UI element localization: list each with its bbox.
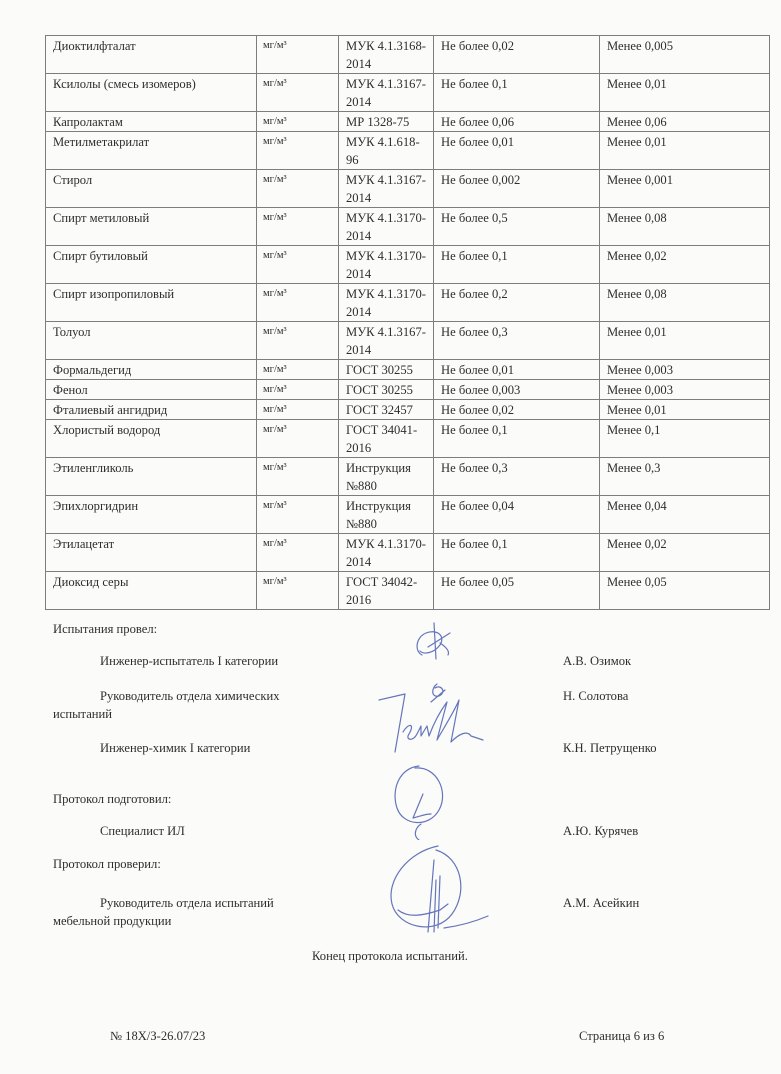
table-row: Спирт бутиловый мг/м³ МУК 4.1.3170-2014 … <box>46 246 770 284</box>
page-number: Страница 6 из 6 <box>579 1029 664 1044</box>
method-cell: ГОСТ 34042-2016 <box>339 572 434 610</box>
substance-cell: Стирол <box>46 170 257 208</box>
table-row: Ксилолы (смесь изомеров) мг/м³ МУК 4.1.3… <box>46 74 770 112</box>
result-cell: Менее 0,003 <box>600 360 770 380</box>
table-row: Этилацетат мг/м³ МУК 4.1.3170-2014 Не бо… <box>46 534 770 572</box>
substance-cell: Спирт метиловый <box>46 208 257 246</box>
method-cell: Инструкция №880 <box>339 458 434 496</box>
unit-cell: мг/м³ <box>257 400 339 420</box>
substance-cell: Ксилолы (смесь изомеров) <box>46 74 257 112</box>
unit-cell: мг/м³ <box>257 132 339 170</box>
checker-name: А.М. Асейкин <box>563 896 639 911</box>
end-of-protocol-note: Конец протокола испытаний. <box>312 949 468 964</box>
substance-cell: Спирт бутиловый <box>46 246 257 284</box>
unit-cell: мг/м³ <box>257 360 339 380</box>
prepared-by-label: Протокол подготовил: <box>53 792 171 807</box>
checker-position-line1: Руководитель отдела испытаний <box>100 896 274 911</box>
unit-cell: мг/м³ <box>257 322 339 360</box>
substance-cell: Этиленгликоль <box>46 458 257 496</box>
signature-ozimok-icon <box>410 615 470 665</box>
table-row: Этиленгликоль мг/м³ Инструкция №880 Не б… <box>46 458 770 496</box>
substance-cell: Толуол <box>46 322 257 360</box>
unit-cell: мг/м³ <box>257 246 339 284</box>
method-cell: МУК 4.1.3167-2014 <box>339 170 434 208</box>
signature-solotova-icon <box>375 680 505 760</box>
method-cell: ГОСТ 30255 <box>339 380 434 400</box>
result-cell: Менее 0,01 <box>600 400 770 420</box>
substance-cell: Фенол <box>46 380 257 400</box>
result-cell: Менее 0,01 <box>600 322 770 360</box>
table-row: Метилметакрилат мг/м³ МУК 4.1.618-96 Не … <box>46 132 770 170</box>
substance-cell: Эпихлоргидрин <box>46 496 257 534</box>
table-row: Стирол мг/м³ МУК 4.1.3167-2014 Не более … <box>46 170 770 208</box>
table-row: Толуол мг/м³ МУК 4.1.3167-2014 Не более … <box>46 322 770 360</box>
norm-cell: Не более 0,3 <box>434 322 600 360</box>
tested-by-label: Испытания провел: <box>53 622 157 637</box>
norm-cell: Не более 0,01 <box>434 132 600 170</box>
result-cell: Менее 0,02 <box>600 534 770 572</box>
unit-cell: мг/м³ <box>257 420 339 458</box>
unit-cell: мг/м³ <box>257 572 339 610</box>
table-row: Диоктилфталат мг/м³ МУК 4.1.3168-2014 Не… <box>46 36 770 74</box>
result-cell: Менее 0,08 <box>600 284 770 322</box>
result-cell: Менее 0,04 <box>600 496 770 534</box>
preparer-name: А.Ю. Курячев <box>563 824 638 839</box>
method-cell: ГОСТ 32457 <box>339 400 434 420</box>
table-row: Формальдегид мг/м³ ГОСТ 30255 Не более 0… <box>46 360 770 380</box>
result-cell: Менее 0,005 <box>600 36 770 74</box>
table-row: Фенол мг/м³ ГОСТ 30255 Не более 0,003 Ме… <box>46 380 770 400</box>
method-cell: МУК 4.1.3170-2014 <box>339 284 434 322</box>
unit-cell: мг/м³ <box>257 112 339 132</box>
result-cell: Менее 0,001 <box>600 170 770 208</box>
unit-cell: мг/м³ <box>257 208 339 246</box>
tester3-position: Инженер-химик I категории <box>100 741 250 756</box>
tester2-position-line2: испытаний <box>53 707 112 722</box>
method-cell: ГОСТ 34041-2016 <box>339 420 434 458</box>
tester2-position-line1: Руководитель отдела химических <box>100 689 280 704</box>
method-cell: МУК 4.1.3167-2014 <box>339 74 434 112</box>
method-cell: МУК 4.1.3170-2014 <box>339 534 434 572</box>
result-cell: Менее 0,01 <box>600 132 770 170</box>
table-row: Эпихлоргидрин мг/м³ Инструкция №880 Не б… <box>46 496 770 534</box>
norm-cell: Не более 0,003 <box>434 380 600 400</box>
unit-cell: мг/м³ <box>257 74 339 112</box>
table-row: Капролактам мг/м³ МР 1328-75 Не более 0,… <box>46 112 770 132</box>
substance-cell: Хлористый водород <box>46 420 257 458</box>
tester1-position: Инженер-испытатель I категории <box>100 654 278 669</box>
table-row: Фталиевый ангидрид мг/м³ ГОСТ 32457 Не б… <box>46 400 770 420</box>
table-row: Спирт изопропиловый мг/м³ МУК 4.1.3170-2… <box>46 284 770 322</box>
table-row: Хлористый водород мг/м³ ГОСТ 34041-2016 … <box>46 420 770 458</box>
substance-cell: Этилацетат <box>46 534 257 572</box>
substance-cell: Диоктилфталат <box>46 36 257 74</box>
result-cell: Менее 0,02 <box>600 246 770 284</box>
norm-cell: Не более 0,01 <box>434 360 600 380</box>
tester3-name: К.Н. Петрущенко <box>563 741 657 756</box>
norm-cell: Не более 0,3 <box>434 458 600 496</box>
norm-cell: Не более 0,5 <box>434 208 600 246</box>
tester2-name: Н. Солотова <box>563 689 628 704</box>
result-cell: Менее 0,01 <box>600 74 770 112</box>
results-table: Диоктилфталат мг/м³ МУК 4.1.3168-2014 Не… <box>45 35 770 610</box>
method-cell: Инструкция №880 <box>339 496 434 534</box>
result-cell: Менее 0,08 <box>600 208 770 246</box>
unit-cell: мг/м³ <box>257 284 339 322</box>
norm-cell: Не более 0,1 <box>434 246 600 284</box>
result-cell: Менее 0,1 <box>600 420 770 458</box>
document-page: Диоктилфталат мг/м³ МУК 4.1.3168-2014 Не… <box>0 0 781 1074</box>
norm-cell: Не более 0,02 <box>434 400 600 420</box>
norm-cell: Не более 0,1 <box>434 420 600 458</box>
unit-cell: мг/м³ <box>257 458 339 496</box>
norm-cell: Не более 0,2 <box>434 284 600 322</box>
norm-cell: Не более 0,1 <box>434 74 600 112</box>
result-cell: Менее 0,06 <box>600 112 770 132</box>
substance-cell: Метилметакрилат <box>46 132 257 170</box>
substance-cell: Фталиевый ангидрид <box>46 400 257 420</box>
result-cell: Менее 0,003 <box>600 380 770 400</box>
substance-cell: Диоксид серы <box>46 572 257 610</box>
substance-cell: Капролактам <box>46 112 257 132</box>
norm-cell: Не более 0,02 <box>434 36 600 74</box>
method-cell: ГОСТ 30255 <box>339 360 434 380</box>
signature-kuryachev-icon <box>385 760 455 840</box>
method-cell: МУК 4.1.3168-2014 <box>339 36 434 74</box>
norm-cell: Не более 0,06 <box>434 112 600 132</box>
norm-cell: Не более 0,002 <box>434 170 600 208</box>
method-cell: МР 1328-75 <box>339 112 434 132</box>
unit-cell: мг/м³ <box>257 36 339 74</box>
norm-cell: Не более 0,05 <box>434 572 600 610</box>
method-cell: МУК 4.1.618-96 <box>339 132 434 170</box>
unit-cell: мг/м³ <box>257 534 339 572</box>
result-cell: Менее 0,05 <box>600 572 770 610</box>
method-cell: МУК 4.1.3167-2014 <box>339 322 434 360</box>
norm-cell: Не более 0,04 <box>434 496 600 534</box>
norm-cell: Не более 0,1 <box>434 534 600 572</box>
substance-cell: Формальдегид <box>46 360 257 380</box>
checked-by-label: Протокол проверил: <box>53 857 161 872</box>
result-cell: Менее 0,3 <box>600 458 770 496</box>
preparer-position: Специалист ИЛ <box>100 824 185 839</box>
method-cell: МУК 4.1.3170-2014 <box>339 208 434 246</box>
table-row: Диоксид серы мг/м³ ГОСТ 34042-2016 Не бо… <box>46 572 770 610</box>
unit-cell: мг/м³ <box>257 380 339 400</box>
protocol-number: № 18Х/З-26.07/23 <box>110 1029 205 1044</box>
unit-cell: мг/м³ <box>257 496 339 534</box>
signature-aseikin-icon <box>378 840 498 940</box>
substance-cell: Спирт изопропиловый <box>46 284 257 322</box>
table-row: Спирт метиловый мг/м³ МУК 4.1.3170-2014 … <box>46 208 770 246</box>
checker-position-line2: мебельной продукции <box>53 914 171 929</box>
method-cell: МУК 4.1.3170-2014 <box>339 246 434 284</box>
unit-cell: мг/м³ <box>257 170 339 208</box>
tester1-name: А.В. Озимок <box>563 654 631 669</box>
